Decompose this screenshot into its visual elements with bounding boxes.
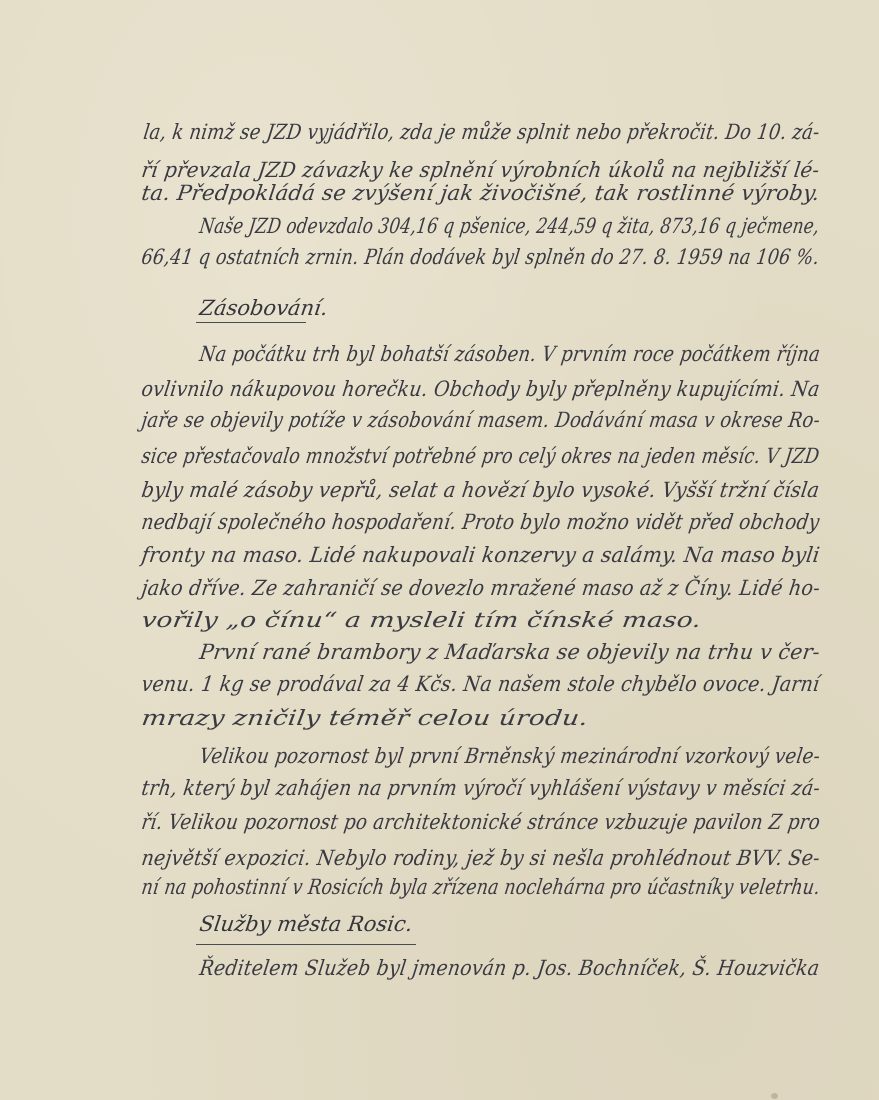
text-line: nedbají společného hospodaření. Proto by… (140, 510, 821, 534)
text-line: Na počátku trh byl bohatší zásoben. V pr… (198, 342, 822, 366)
text-line: trh, který byl zahájen na prvním výročí … (140, 776, 822, 800)
text-line: Ředitelem Služeb byl jmenován p. Jos. Bo… (198, 956, 821, 980)
text-line: la, k nimž se JZD vyjádřilo, zda je může… (142, 120, 821, 144)
text-line: fronty na maso. Lidé nakupovali konzervy… (140, 543, 821, 567)
heading-underline (196, 322, 306, 323)
text-line: největší expozici. Nebylo rodiny, jež by… (140, 846, 822, 870)
text-line: ří převzala JZD závazky ke splnění výrob… (140, 158, 821, 182)
text-line: První rané brambory z Maďarska se objevi… (198, 640, 822, 664)
text-line: mrazy zničily téměř celou úrodu. (140, 706, 590, 730)
text-line: byly malé zásoby vepřů, selat a hovězí b… (140, 478, 821, 502)
paper-stain (771, 1093, 778, 1099)
text-line: ní na pohostinní v Rosicích byla zřízena… (140, 875, 822, 899)
text-line: Velikou pozornost byl první Brněnský mez… (198, 744, 822, 768)
section-heading-zasobovani: Zásobování. (198, 296, 329, 320)
text-line: Naše JZD odevzdalo 304,16 q pšenice, 244… (198, 214, 821, 238)
text-line: ří. Velikou pozornost po architektonické… (140, 810, 822, 834)
text-line: jako dříve. Ze zahraničí se dovezlo mraž… (140, 576, 822, 600)
text-line: venu. 1 kg se prodával za 4 Kčs. Na naše… (140, 672, 821, 696)
scanned-page: la, k nimž se JZD vyjádřilo, zda je může… (0, 0, 879, 1100)
text-line: ta. Předpokládá se zvýšení jak živočišné… (140, 181, 821, 205)
text-line: 66,41 q ostatních zrnin. Plán dodávek by… (140, 245, 821, 269)
text-line: jaře se objevily potíže v zásobování mas… (140, 408, 822, 432)
text-line: vořily „o čínu“ a mysleli tím čínské mas… (140, 608, 703, 632)
text-line: ovlivnilo nákupovou horečku. Obchody byl… (140, 377, 821, 401)
heading-underline (196, 944, 416, 945)
section-heading-sluzby: Služby města Rosic. (198, 912, 414, 936)
text-line: sice přestačovalo množství potřebné pro … (140, 444, 821, 468)
